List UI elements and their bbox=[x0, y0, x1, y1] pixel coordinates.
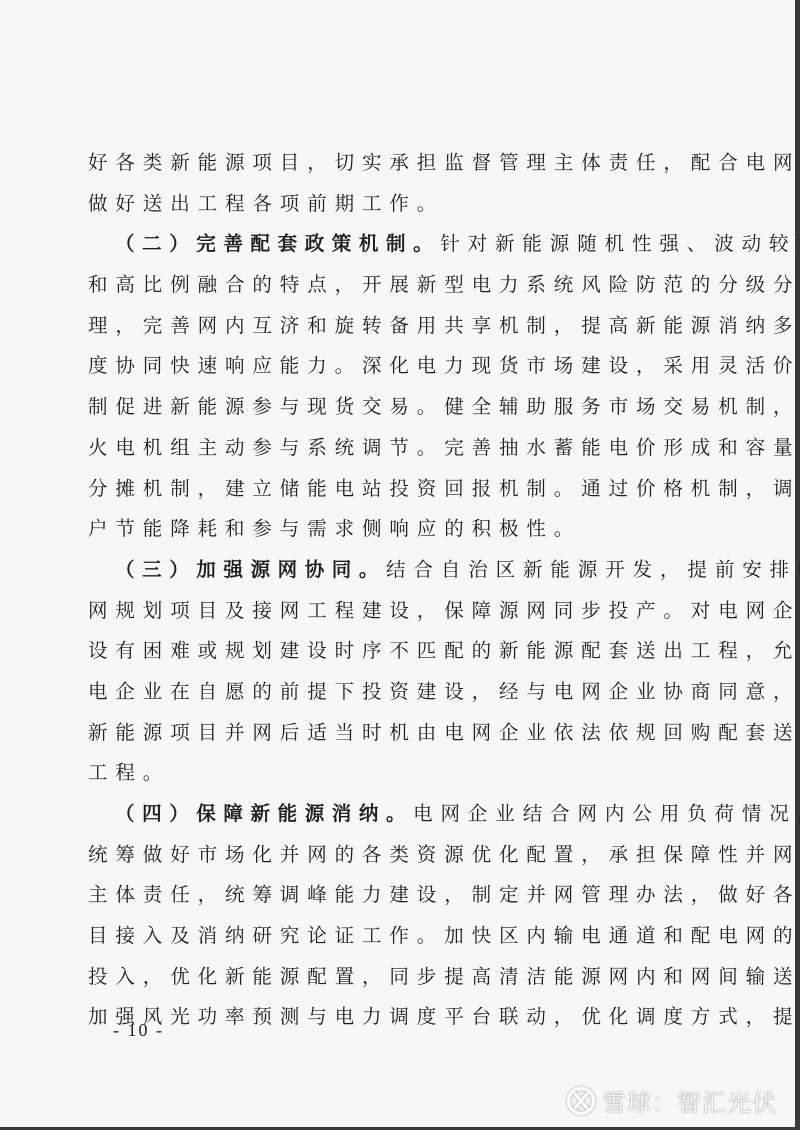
section-heading-line: （三）加强源网协同。结合自治区新能源开发，提前安排电 bbox=[88, 550, 700, 591]
text-line: 统筹做好市场化并网的各类资源优化配置，承担保障性并网消纳 bbox=[88, 835, 700, 876]
section-heading-2: （二）完善配套政策机制。 bbox=[115, 232, 440, 255]
text-line: 新能源项目并网后适当时机由电网企业依法依规回购配套送出 bbox=[88, 713, 700, 754]
document-body: 好各类新能源项目，切实承担监督管理主体责任，配合电网企业 做好送出工程各项前期工… bbox=[88, 143, 700, 1038]
watermark: 雪球：智汇光伏 bbox=[566, 1083, 777, 1118]
text-line: 工程。 bbox=[88, 753, 700, 794]
text-line: 网规划项目及接网工程建设，保障源网同步投产。对电网企业建 bbox=[88, 591, 700, 632]
text-line: 做好送出工程各项前期工作。 bbox=[88, 184, 700, 225]
text-line: 户节能降耗和参与需求侧响应的积极性。 bbox=[88, 509, 700, 550]
text-line: 投入，优化新能源配置，同步提高清洁能源网内和网间输送能力。 bbox=[88, 957, 700, 998]
text-line: 理，完善网内互济和旋转备用共享机制，提高新能源消纳多级调 bbox=[88, 306, 700, 347]
text-line: 主体责任，统筹调峰能力建设，制定并网管理办法，做好各类项 bbox=[88, 875, 700, 916]
text-line: 制促进新能源参与现货交易。健全辅助服务市场交易机制，引导 bbox=[88, 387, 700, 428]
section-heading-line: （四）保障新能源消纳。电网企业结合网内公用负荷情况， bbox=[88, 794, 700, 835]
text-line: 目接入及消纳研究论证工作。加快区内输电通道和配电网的建设 bbox=[88, 916, 700, 957]
section-heading-3: （三）加强源网协同。 bbox=[115, 558, 386, 581]
xueqiu-logo-icon bbox=[566, 1086, 596, 1116]
text-line: 和高比例融合的特点，开展新型电力系统风险防范的分级分类管 bbox=[88, 265, 700, 306]
document-page: 好各类新能源项目，切实承担监督管理主体责任，配合电网企业 做好送出工程各项前期工… bbox=[0, 0, 795, 1127]
page-number: - 10 - bbox=[113, 1020, 164, 1041]
text-span: 电网企业结合网内公用负荷情况， bbox=[413, 802, 800, 825]
text-line: 火电机组主动参与系统调节。完善抽水蓄能电价形成和容量电费 bbox=[88, 428, 700, 469]
watermark-text: 雪球：智汇光伏 bbox=[602, 1083, 777, 1118]
section-heading-line: （二）完善配套政策机制。针对新能源随机性强、波动较大 bbox=[88, 224, 700, 265]
text-line: 分摊机制，建立储能电站投资回报机制。通过价格机制，调动用 bbox=[88, 469, 700, 510]
text-line: 加强风光功率预测与电力调度平台联动，优化调度方式，提升电 bbox=[88, 997, 700, 1038]
text-span: 结合自治区新能源开发，提前安排电 bbox=[386, 558, 800, 581]
text-line: 度协同快速响应能力。深化电力现货市场建设，采用灵活价格机 bbox=[88, 346, 700, 387]
text-line: 设有困难或规划建设时序不匹配的新能源配套送出工程，允许发 bbox=[88, 631, 700, 672]
section-heading-4: （四）保障新能源消纳。 bbox=[115, 802, 413, 825]
text-line: 好各类新能源项目，切实承担监督管理主体责任，配合电网企业 bbox=[88, 143, 700, 184]
text-line: 电企业在自愿的前提下投资建设，经与电网企业协商同意，可在 bbox=[88, 672, 700, 713]
text-span: 针对新能源随机性强、波动较大 bbox=[440, 232, 800, 255]
